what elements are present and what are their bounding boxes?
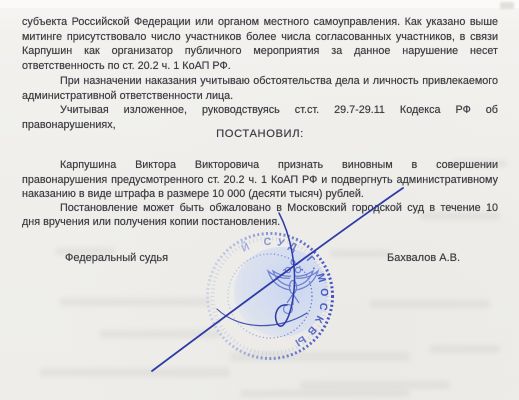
body-line: субъекта Российской Федерации или органо…: [22, 15, 498, 30]
stamp-speckle-band: [213, 239, 328, 354]
stamp-orb: [284, 305, 293, 314]
body-line: При назначении наказания учитываю обстоя…: [60, 74, 498, 89]
body-line: ответственность по ст. 20.2 ч. 1 КоАП РФ…: [22, 59, 498, 74]
ruling-heading: ПОСТАНОВИЛ:: [22, 128, 498, 144]
scan-artifact-speck: [500, 2, 514, 9]
body-line: Карпушин как организатор публичного меро…: [22, 44, 498, 59]
body-line: Учитывая изложенное, руководствуясь ст.с…: [60, 103, 498, 118]
double-headed-eagle-icon: [268, 261, 318, 306]
body-line: митинге присутствовало число участников …: [22, 30, 498, 45]
stamp-inner-ring: [228, 254, 312, 338]
scan-edge-strip: [0, 0, 519, 8]
stamp-wash: [234, 247, 328, 337]
signature-stroke-flourish: [217, 309, 307, 326]
body-line: правонарушения предусмотренного ст. 20.2…: [22, 173, 498, 188]
judge-name-label: Бахвалов А.В.: [387, 252, 460, 264]
stamp-arc-label: Й СУД Г.МОСКВЫ: [239, 236, 330, 351]
stamp-outer-ring: [208, 234, 333, 359]
body-line: административной ответственности лица.: [22, 89, 498, 104]
scanned-document-page: субъекта Российской Федерации или органо…: [0, 0, 519, 400]
body-line: Карпушина Виктора Викторовича признать в…: [60, 158, 498, 173]
court-stamp: Й СУД Г.МОСКВЫ: [208, 234, 333, 359]
